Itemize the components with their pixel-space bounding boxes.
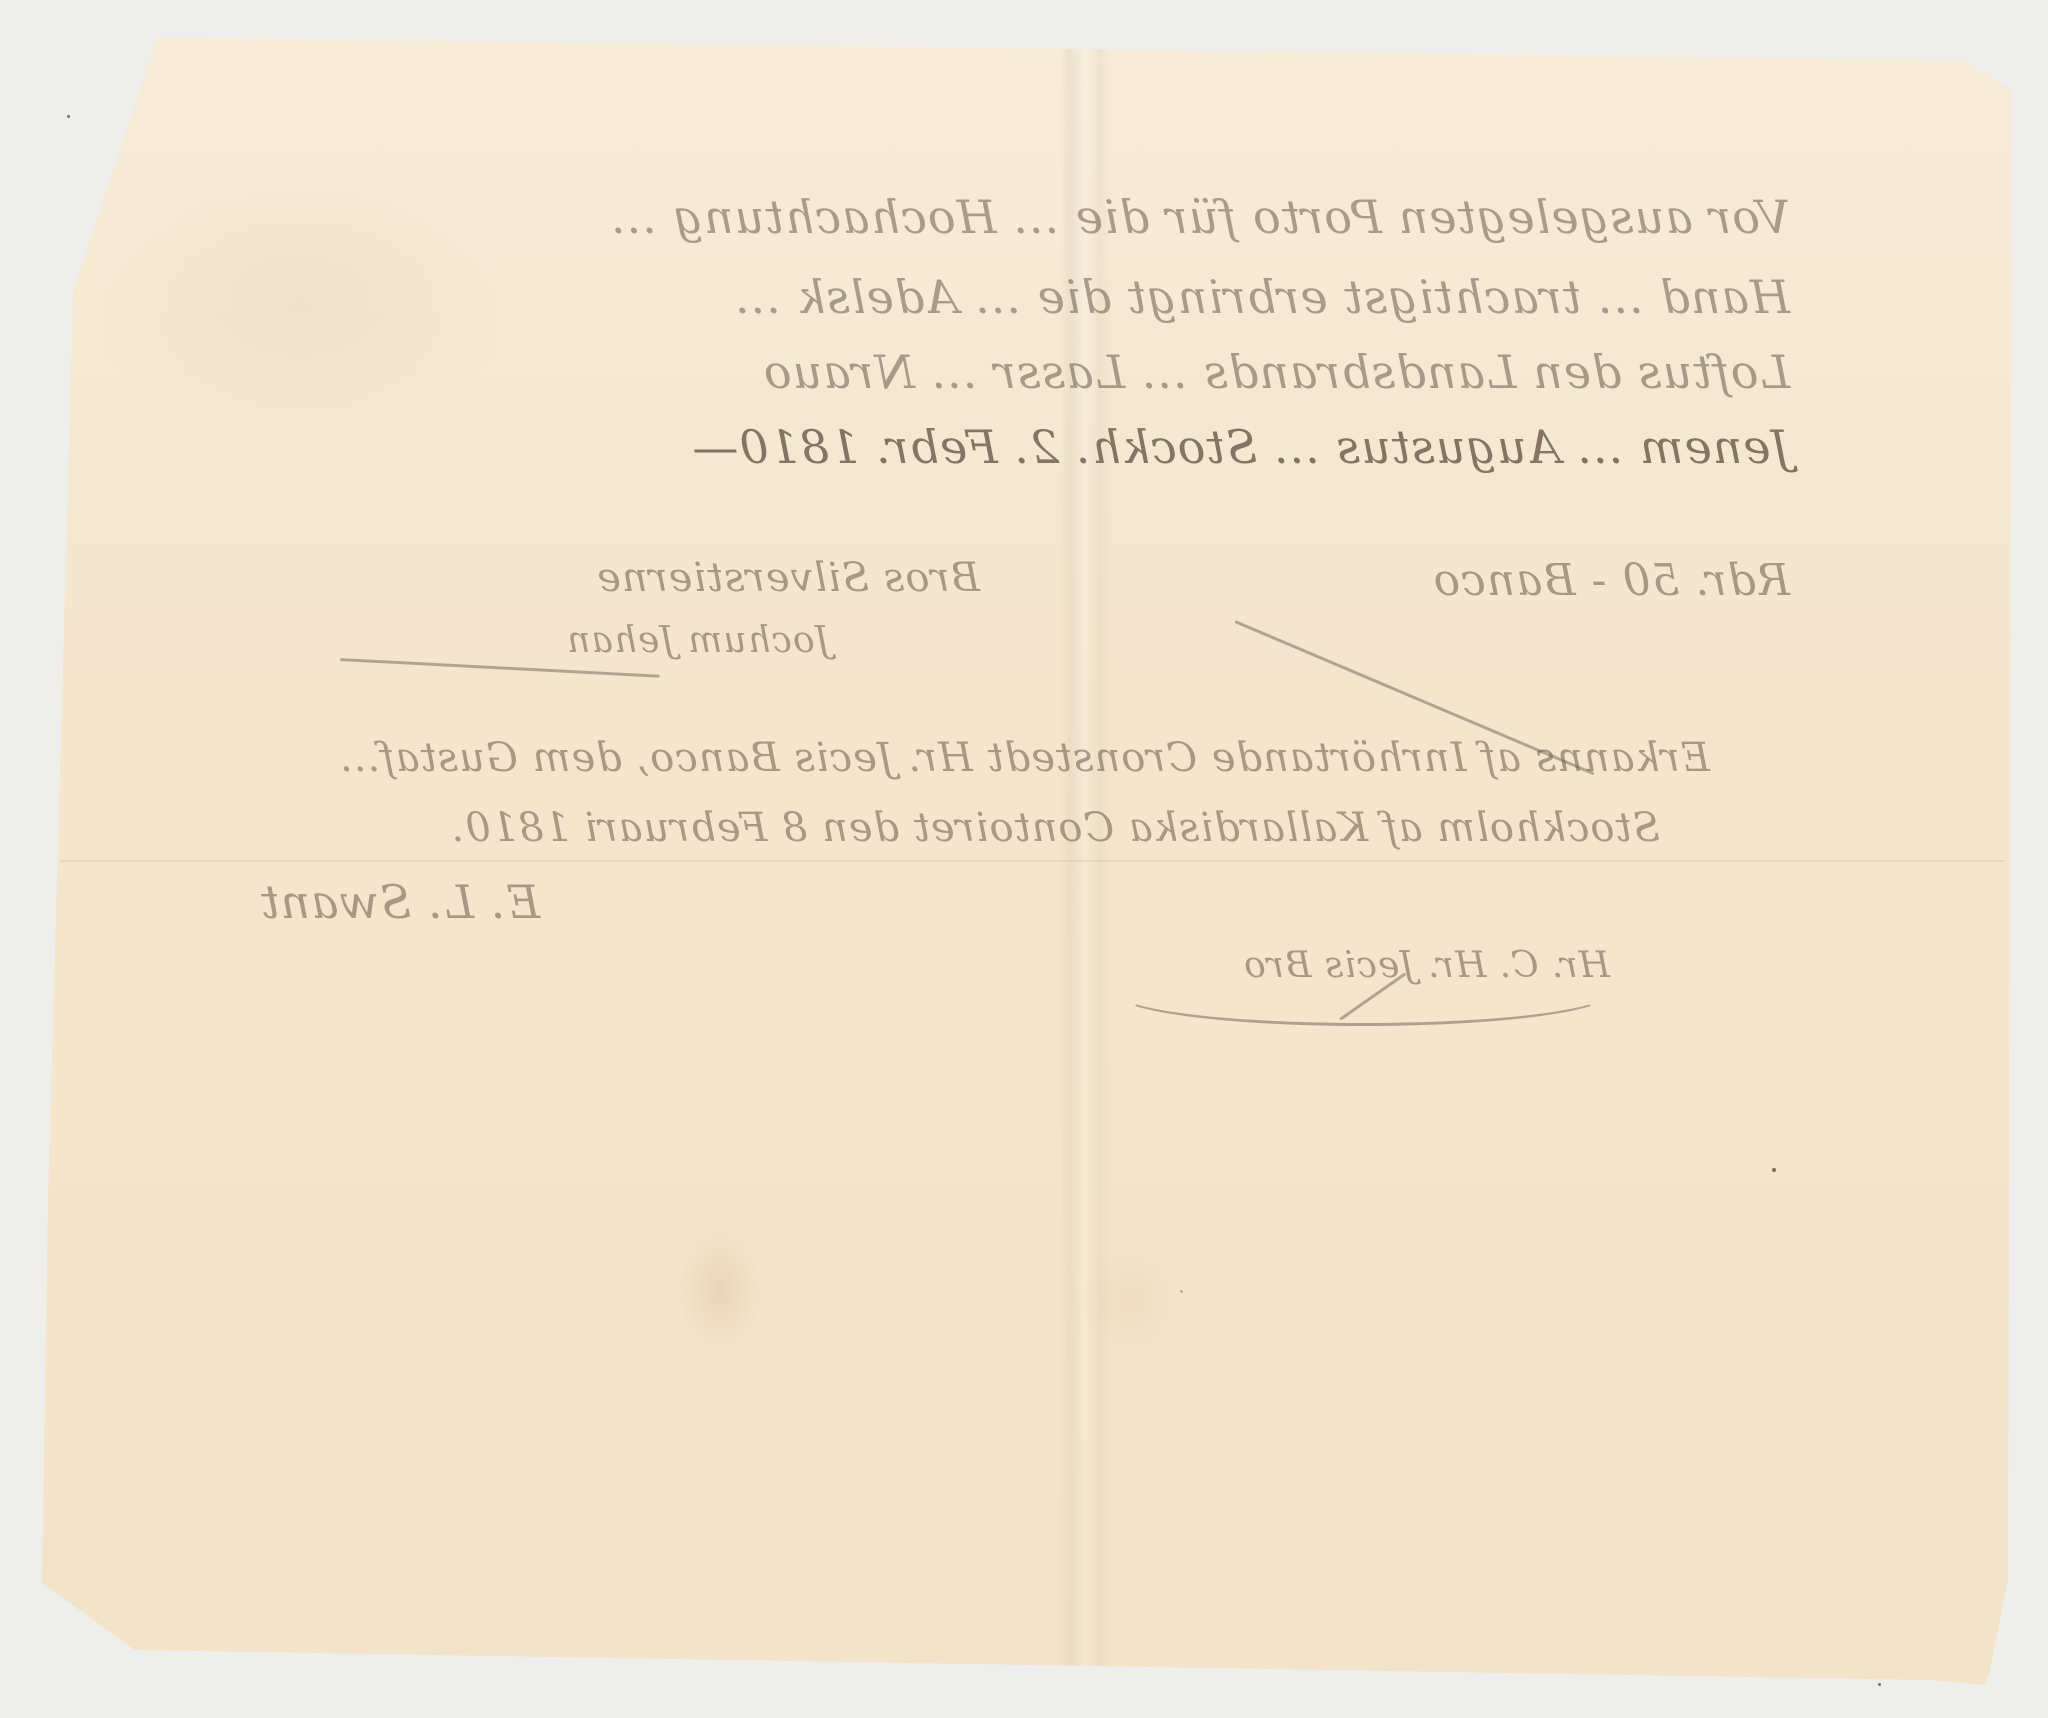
main-line-2: Hand ... trachtigst erbringt die ... Ade…: [734, 270, 1790, 324]
paper-speck: [1772, 1168, 1776, 1172]
note-line-1: Erkanns af Inrhörtande Cronstedt Hr. Jec…: [339, 735, 1710, 781]
paper-speck: [1878, 1683, 1881, 1686]
main-paragraph: Vor ausgelegten Porto für die ... Hochac…: [180, 170, 1800, 630]
scanned-document: Vor ausgelegten Porto für die ... Hochac…: [0, 0, 2048, 1718]
note-line-3: E. L. Swant: [260, 875, 540, 929]
amount-right: Rdr. 50 - Banco: [1433, 555, 1790, 606]
main-line-3: Loftus den Landsbrands ... Lassr ... Nra…: [763, 345, 1790, 399]
paper-speck: [1180, 1290, 1183, 1293]
paper-speck: [67, 115, 70, 118]
amount-left-sub: Jochum Jehan: [566, 620, 830, 661]
amount-left: Bros Silverstierne: [596, 555, 980, 601]
main-line-4-date: Jenem ... Augustus ... Stockh. 2. Febr. …: [691, 420, 1790, 474]
note-line-2: Stockholm af Kallardiska Contoiret den 8…: [451, 805, 1660, 851]
signature-flourish: [1115, 960, 1611, 1026]
main-line-1: Vor ausgelegten Porto für die ... Hochac…: [610, 190, 1790, 244]
